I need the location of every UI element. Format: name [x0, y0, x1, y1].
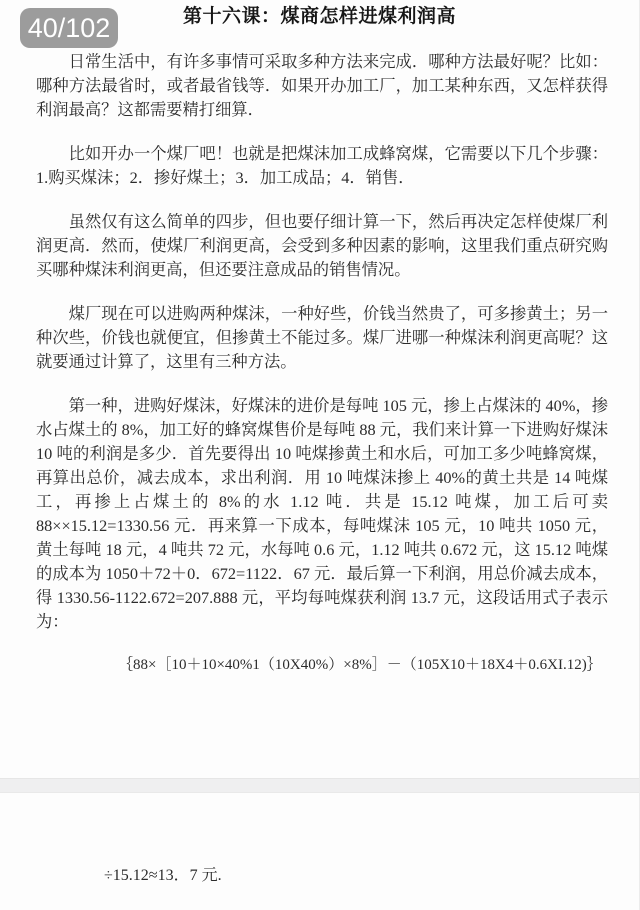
next-page-formula-line: ÷15.12≈13．7 元.: [104, 865, 639, 887]
page-next: ÷15.12≈13．7 元.: [0, 793, 639, 908]
body-paragraph-5: 第一种，进购好煤沫，好煤沫的进价是每吨 105 元，掺上占煤沫的 40%，掺水占…: [36, 394, 608, 634]
page-current: 第十六课：煤商怎样进煤利润高 日常生活中，有许多事情可采取多种方法来完成．哪种方…: [0, 0, 639, 778]
formula-line: ｛88×［10＋10×40%1（10X40%）×8%］－（105X10＋18X4…: [36, 654, 608, 676]
body-paragraph-3: 虽然仅有这么简单的四步，但也要仔细计算一下，然后再决定怎样使煤厂利润更高．然而，…: [36, 210, 608, 282]
body-paragraph-1: 日常生活中，有许多事情可采取多种方法来完成．哪种方法最好呢？比如：哪种方法最省时…: [36, 50, 608, 122]
body-paragraph-4: 煤厂现在可以进购两种煤沫，一种好些，价钱当然贵了，可多掺黄土；另一种次些，价钱也…: [36, 302, 608, 374]
page-body: 日常生活中，有许多事情可采取多种方法来完成．哪种方法最好呢？比如：哪种方法最省时…: [0, 30, 639, 676]
page-separator: [0, 778, 639, 793]
reader-viewport[interactable]: 40/102 第十六课：煤商怎样进煤利润高 日常生活中，有许多事情可采取多种方法…: [0, 0, 640, 910]
page-number-badge: 40/102: [20, 8, 118, 48]
body-paragraph-2: 比如开办一个煤厂吧！也就是把煤沫加工成蜂窝煤，它需要以下几个步骤：1.购买煤沫；…: [36, 142, 608, 190]
